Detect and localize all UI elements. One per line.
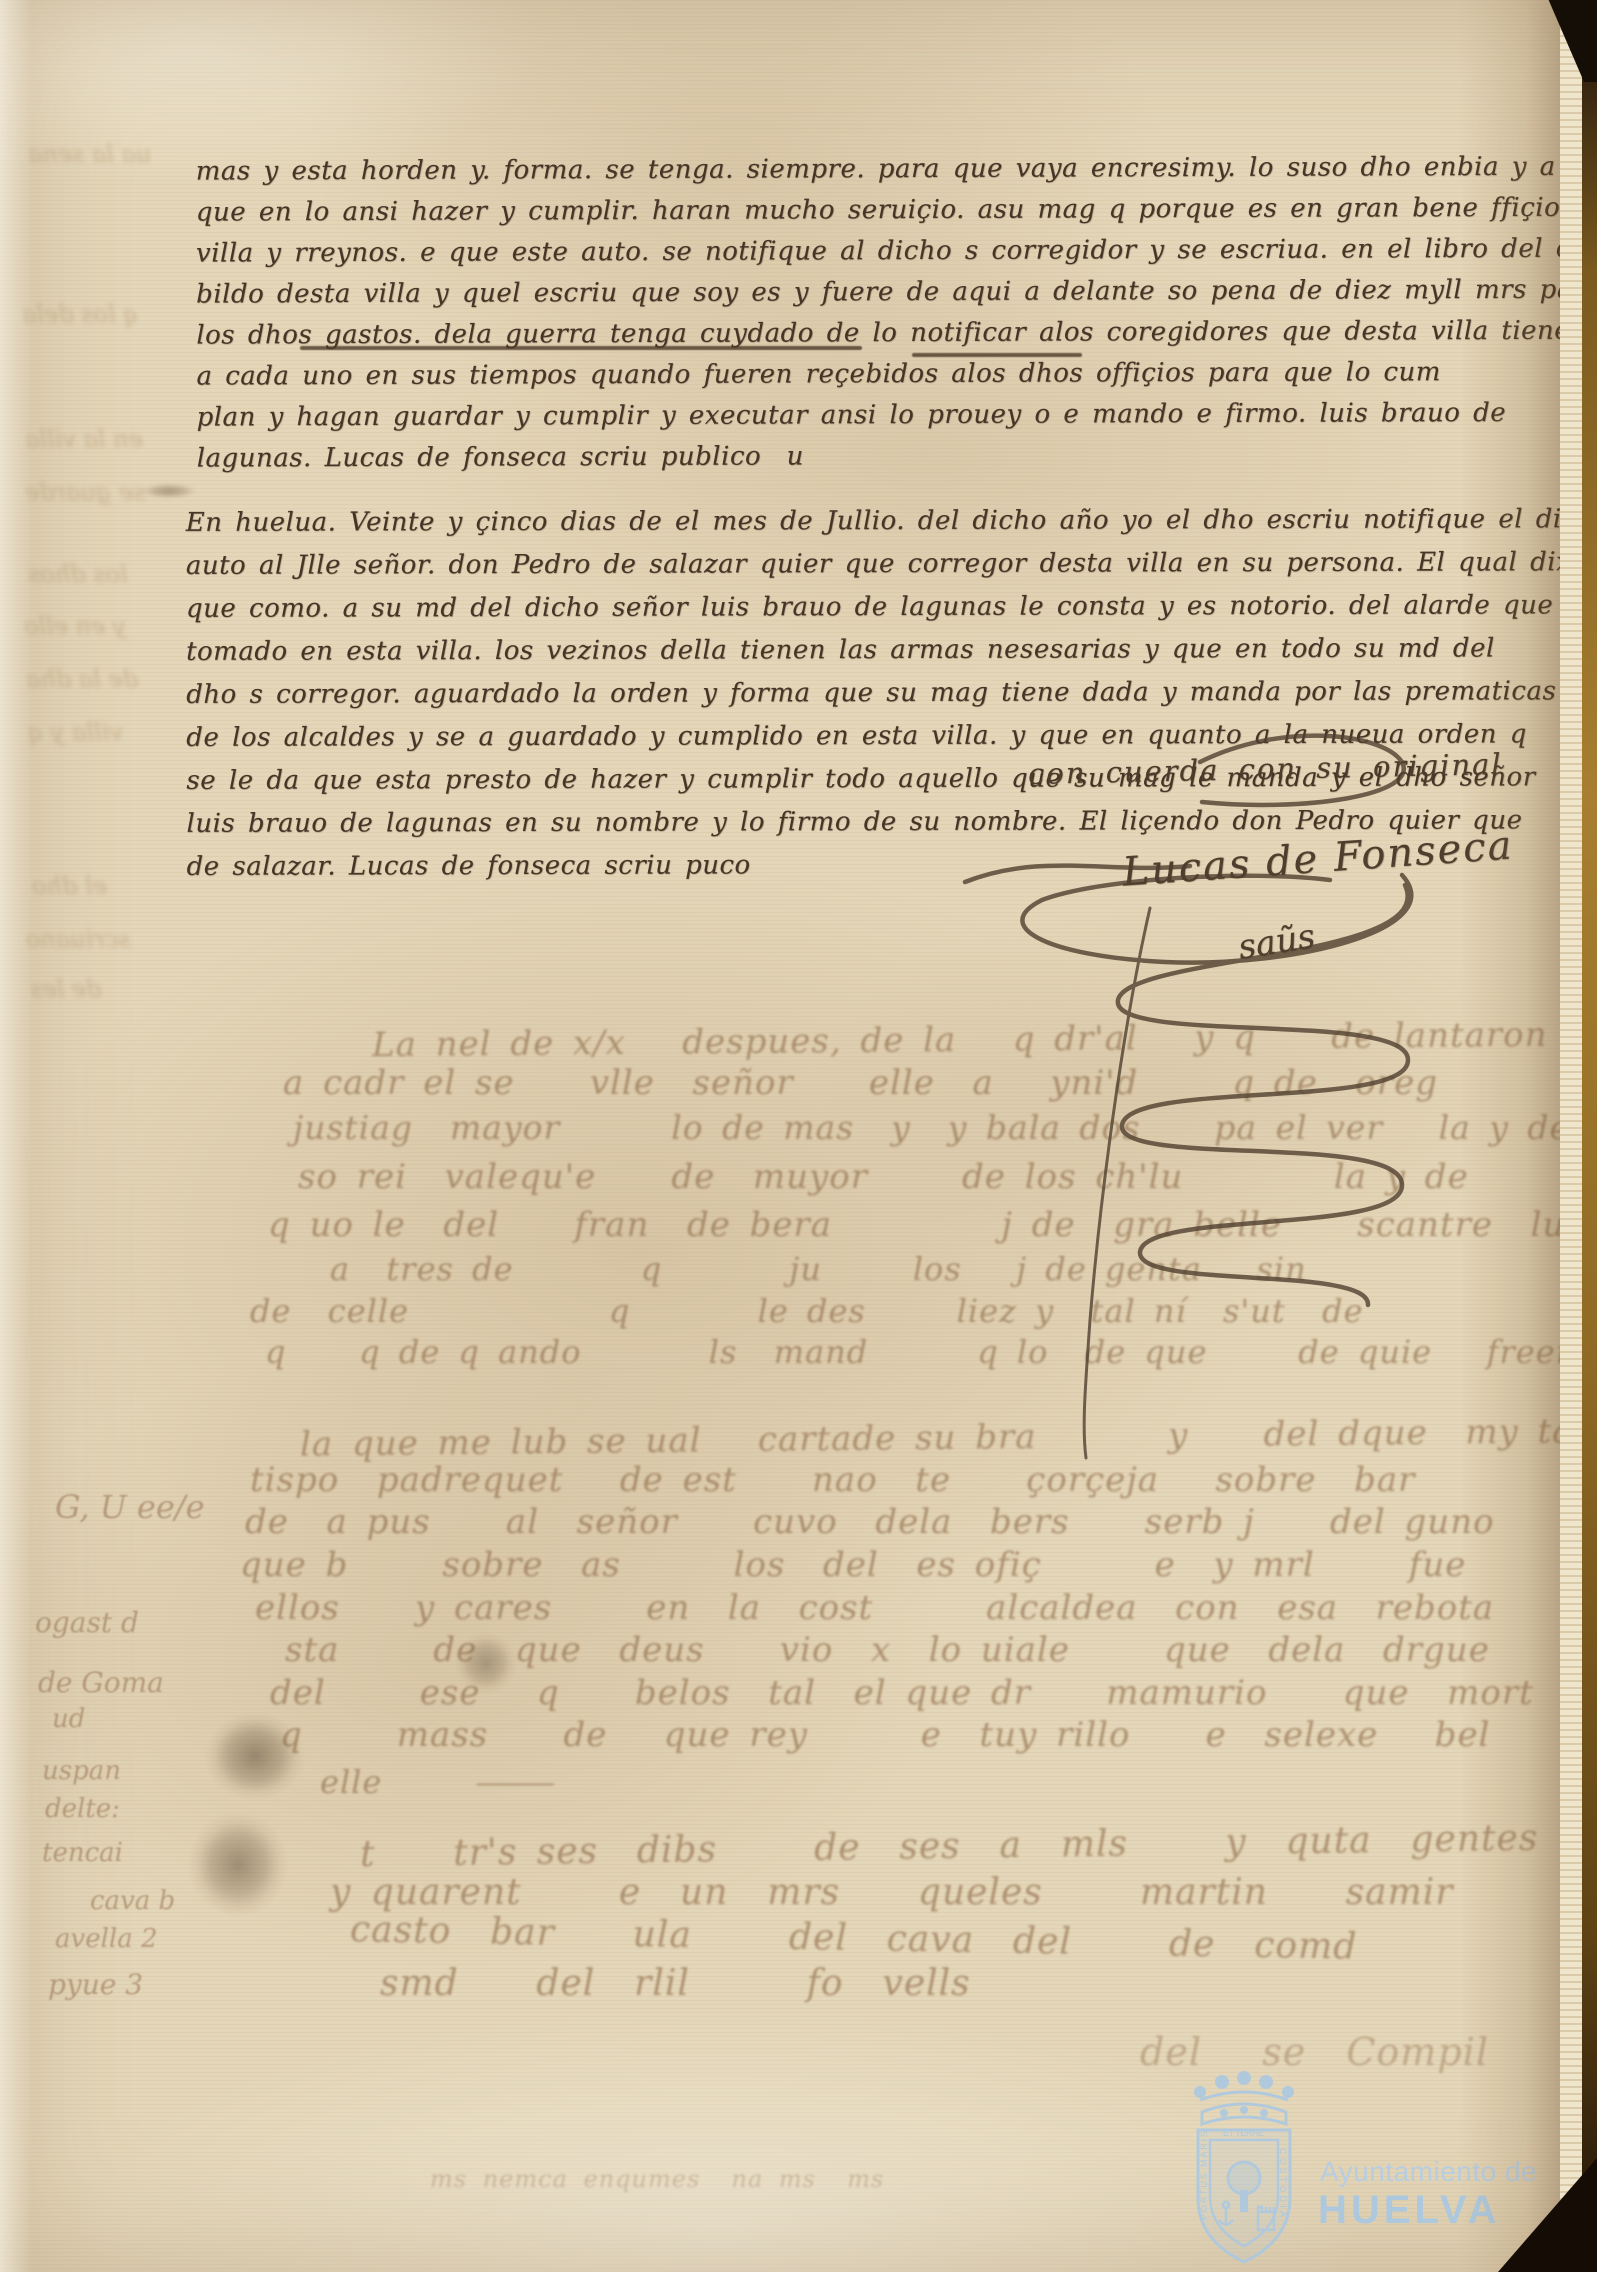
manuscript-paragraph-2: En huelua. Veinte y çinco dias de el mes… xyxy=(185,369,1597,889)
page-curve-shadow xyxy=(1458,0,1562,2272)
manuscript-line: tomado en esta villa. los vezinos della … xyxy=(186,627,1597,674)
manuscript-line: mas y esta horden y. forma. se tenga. si… xyxy=(196,146,1597,192)
notary-signature-flourish-word: saũs xyxy=(1235,916,1317,968)
margin-note: cava b xyxy=(90,1886,175,1916)
book-binding-strip xyxy=(1582,0,1597,2272)
faded-handwriting-line: smd del rlil fo vells xyxy=(380,1963,971,2004)
faded-handwriting-line: casto bar ula del cava del de comd xyxy=(350,1909,1358,1968)
margin-note: ogast d xyxy=(35,1606,139,1639)
faded-handwriting-line: a cadr el se vlle señor elle a yni'd q d… xyxy=(283,1063,1438,1103)
faded-handwriting-line: la que me lub se ual cartade su bra y de… xyxy=(300,1411,1574,1464)
page-stack-edge xyxy=(1560,0,1582,2272)
manuscript-line: que como. a su md del dicho señor luis b… xyxy=(186,584,1597,631)
faded-handwriting-line: ellos y cares en la cost alcaldea con es… xyxy=(255,1588,1494,1628)
manuscript-line: villa y rreynos. e que este auto. se not… xyxy=(196,228,1597,274)
margin-note: uspan xyxy=(42,1756,121,1786)
bleed-through-line: ua la sena xyxy=(28,140,151,168)
bleed-through-line: de la dha xyxy=(26,665,138,693)
faded-handwriting-line: y quarent e un mrs queles martin samir xyxy=(330,1872,1454,1913)
bleed-through-line: villa y q xyxy=(28,718,123,746)
manuscript-line: dho s corregor. aguardado la orden y for… xyxy=(186,670,1597,717)
faded-handwriting-line: t tr's ses dibs de ses a mls y quta gent… xyxy=(360,1818,1539,1875)
faded-handwriting-line: que b sobre as los del es ofiç e y mrl f… xyxy=(240,1545,1466,1585)
faded-handwriting-line: q uo le del fran de bera j de gra belle … xyxy=(268,1205,1597,1245)
manuscript-scan: ua la senaq los delaen la villase guarde… xyxy=(0,0,1597,2272)
bleed-through-line: se guarde xyxy=(25,478,145,506)
crest-motto-left: PORTUS MARIS xyxy=(1199,2130,1209,2220)
crest-motto-top: ET TERRE xyxy=(1223,2128,1265,2138)
bleed-through-line: los dhos xyxy=(28,560,128,588)
faded-handwriting-line: tispo padrequet de est nao te çorçeja so… xyxy=(250,1460,1415,1500)
bleed-through-line: el dho xyxy=(32,872,107,900)
parchment-page: ua la senaq los delaen la villase guarde… xyxy=(0,0,1597,2272)
ink-dash-stroke xyxy=(912,353,1082,357)
bleed-through-line: en la villa xyxy=(25,425,143,453)
manuscript-line: auto al Jlle señor. don Pedro de salazar… xyxy=(186,541,1597,588)
faded-handwriting-line: a tres de q ju los j de genta sin xyxy=(330,1250,1307,1288)
margin-note: avella 2 xyxy=(55,1924,158,1954)
ink-blot xyxy=(188,1812,288,1917)
crest-motto-right: CUSTODIA xyxy=(1278,2148,1288,2218)
huelva-crest-icon: PORTUS MARIS ET TERRE CUSTODIA xyxy=(1186,2070,1302,2270)
margin-note: ud xyxy=(52,1704,85,1734)
margin-note: delte: xyxy=(45,1794,120,1824)
margin-note: tencai xyxy=(42,1838,123,1868)
ink-dash-stroke xyxy=(300,346,862,350)
ink-blot xyxy=(205,1712,305,1800)
faded-handwriting-line: q mass de que rey e tuy rillo e selexe b… xyxy=(280,1715,1490,1755)
bleed-through-line: y en ello xyxy=(24,612,126,640)
faded-handwriting-line: elle ⸻ xyxy=(320,1757,554,1803)
faded-handwriting-line: ms nemca enqumes na ms ms xyxy=(430,2165,884,2193)
faded-handwriting-line: q q de q ando ls mand q lo de que de qui… xyxy=(265,1333,1572,1371)
faded-handwriting-line: justiag mayor lo de mas y y bala dos pa … xyxy=(293,1108,1570,1147)
bleed-through-line: de les xyxy=(30,975,101,1003)
faded-handwriting-line: de a pus al señor cuvo dela bers serb j … xyxy=(245,1502,1495,1542)
manuscript-line: En huelua. Veinte y çinco dias de el mes… xyxy=(186,498,1597,545)
faded-handwriting-line: de celle q le des liez y tal ní s'ut de xyxy=(250,1292,1364,1330)
manuscript-line: que en lo ansi hazer y cumplir. haran mu… xyxy=(196,187,1597,233)
bleed-through-line: scriuano xyxy=(26,925,131,953)
page-left-edge-highlight xyxy=(0,0,32,2272)
faded-handwriting-line: La nel de x/x despues, de la q dr'al y q… xyxy=(372,1015,1548,1065)
margin-note: G, U ee/e xyxy=(55,1488,205,1526)
bleed-through-line: q los dela xyxy=(22,300,139,328)
margin-note: de Goma xyxy=(38,1666,164,1699)
faded-handwriting-line: so rei valequ'e de muyor de los ch'lu la… xyxy=(298,1157,1469,1197)
margin-note: pyue 3 xyxy=(48,1968,143,2001)
manuscript-line: bildo desta villa y quel escriu que soy … xyxy=(196,269,1597,315)
